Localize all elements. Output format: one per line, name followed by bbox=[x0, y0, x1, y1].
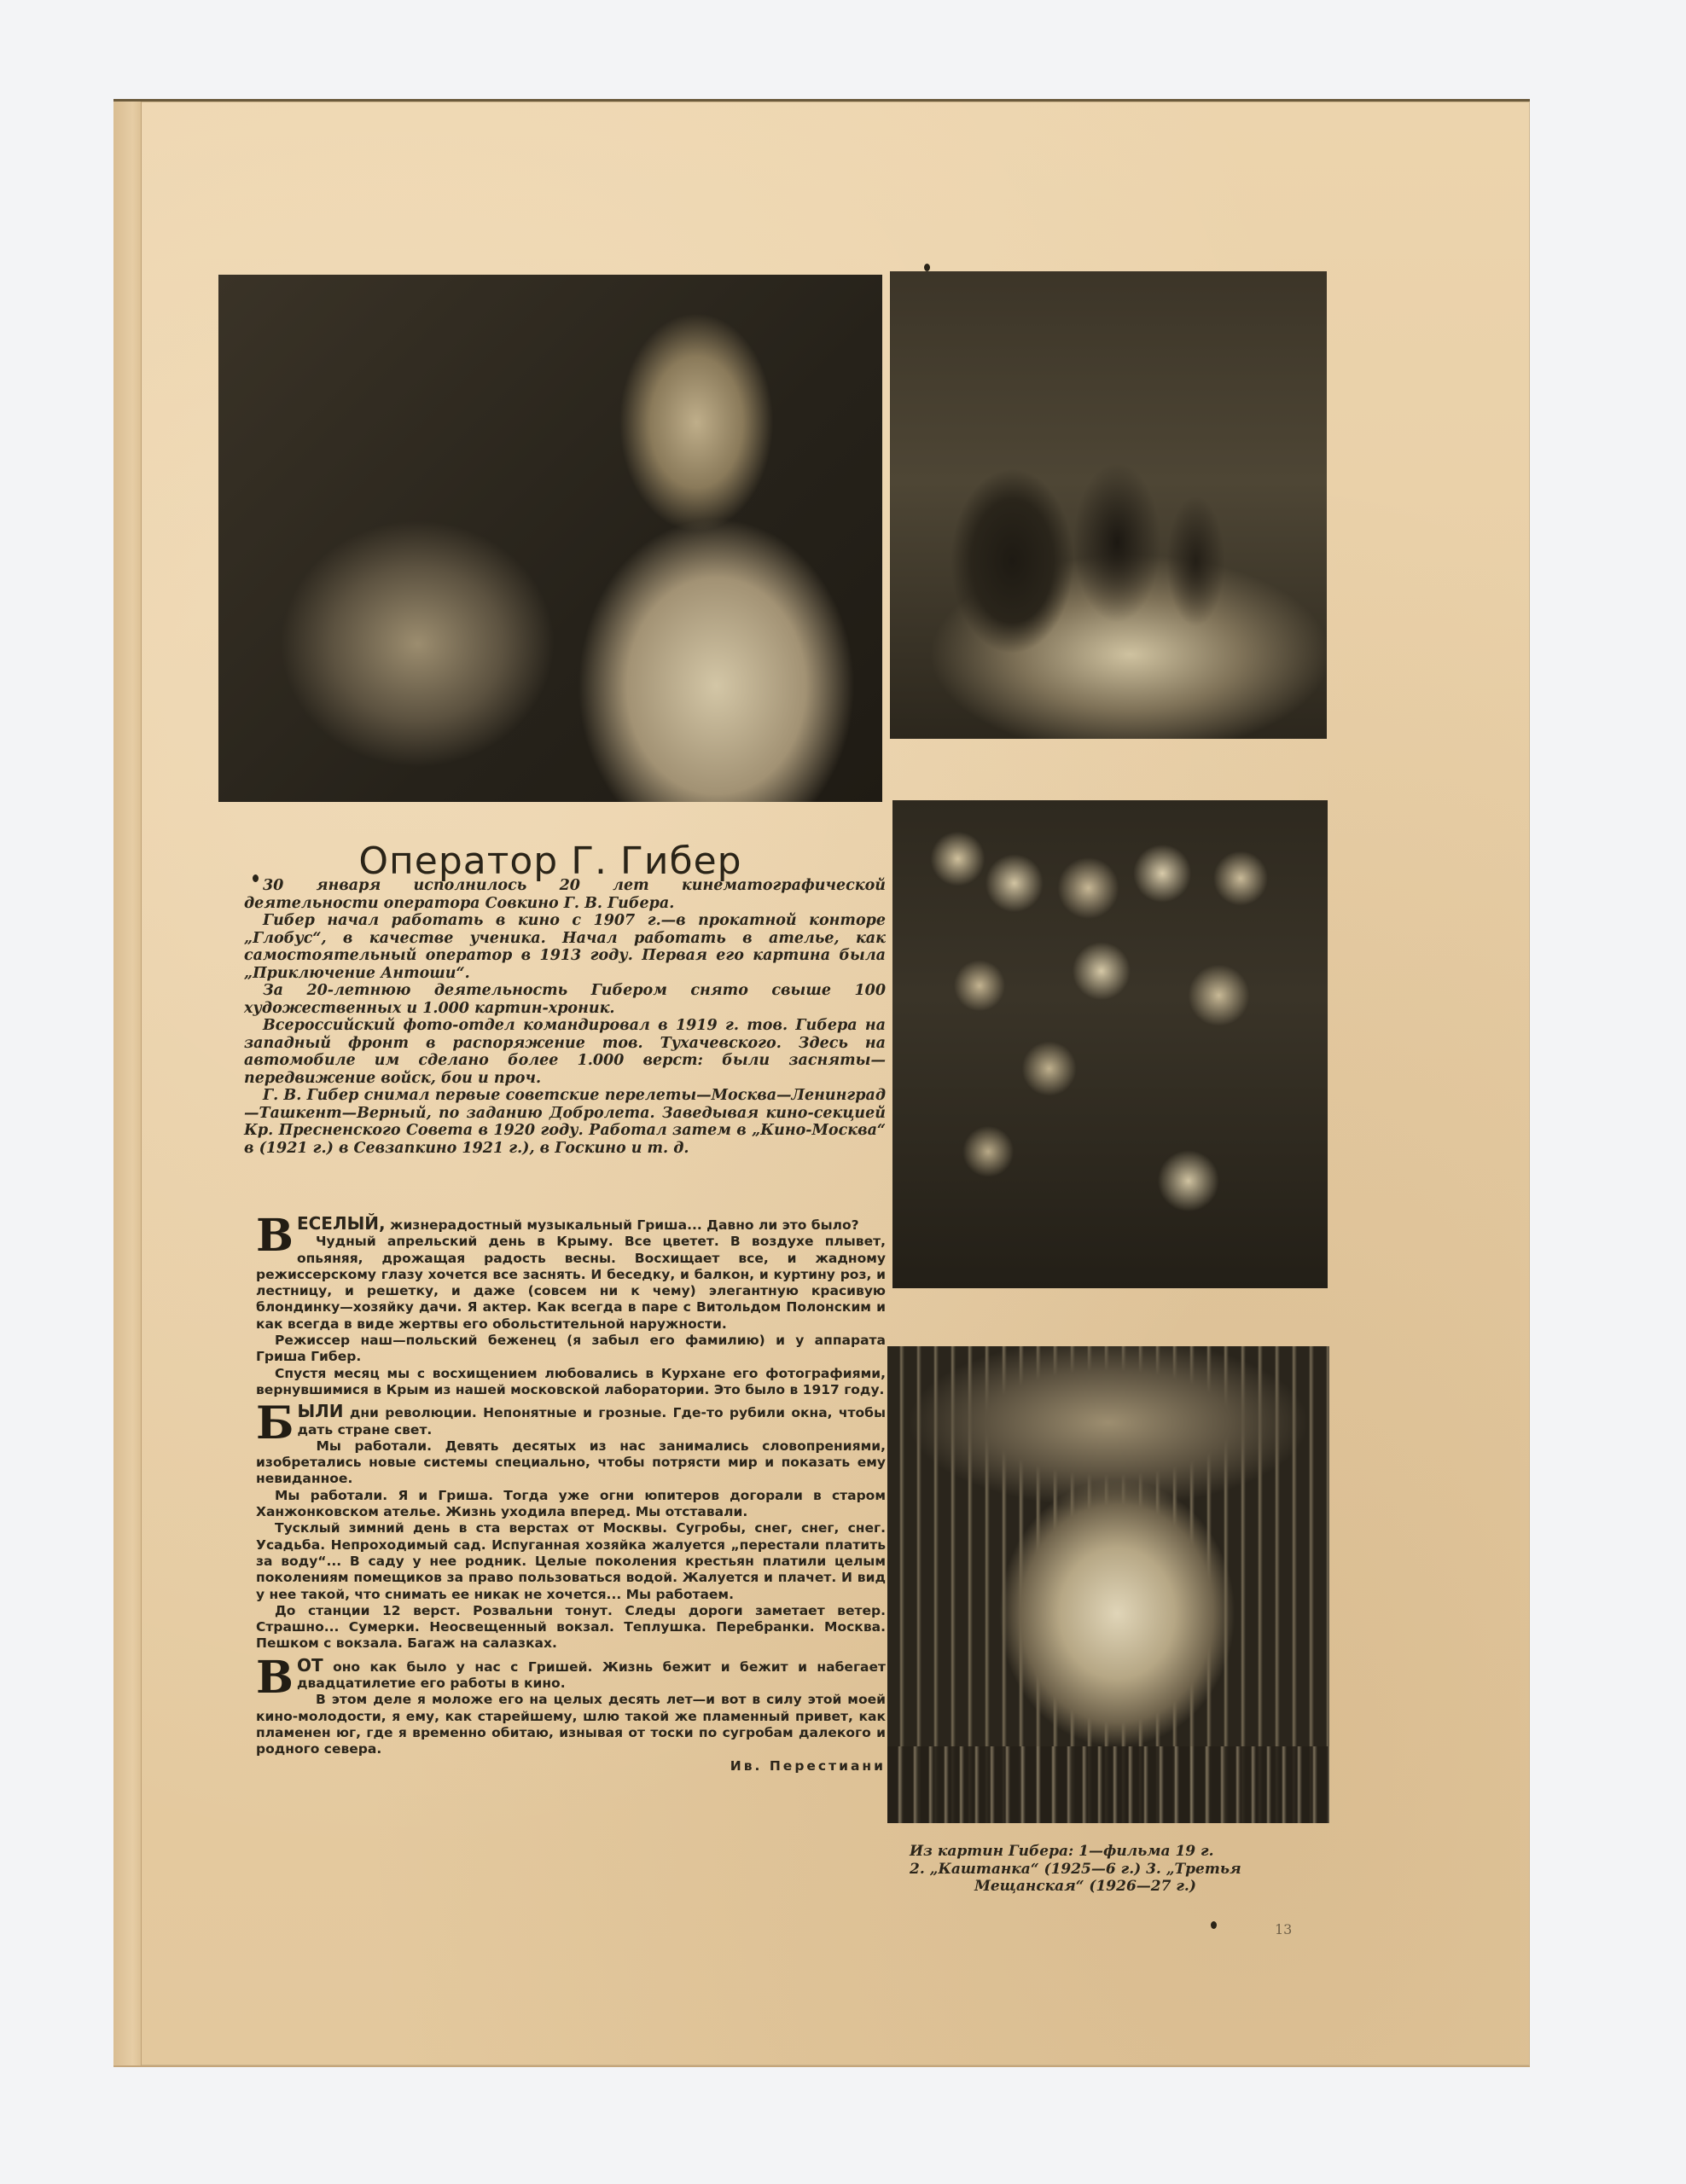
author-signature: Ив. Перестиани bbox=[730, 1758, 886, 1774]
page-spine-fold bbox=[113, 102, 142, 2065]
signature-line: Ив. Перестиани bbox=[256, 1758, 886, 1774]
photo-crowd-scene bbox=[892, 800, 1328, 1288]
body-paragraph: Чудный апрельский день в Крыму. Все цвет… bbox=[256, 1234, 886, 1333]
intro-text: 30 января исполнилось 20 лет кинематогра… bbox=[244, 877, 886, 1157]
photo-tone bbox=[892, 800, 1328, 1288]
intro-paragraph: Г. В. Гибер снимал первые советские пере… bbox=[244, 1087, 886, 1157]
drop-cap: В bbox=[256, 1659, 294, 1697]
intro-paragraph: 30 января исполнилось 20 лет кинематогра… bbox=[244, 877, 886, 912]
caption-line: Мещанская“ (1926—27 г.) bbox=[910, 1878, 1319, 1896]
intro-paragraph: За 20-летнюю деятельность Гибером снято … bbox=[244, 982, 886, 1017]
body-paragraph: До станции 12 верст. Розвальни тонут. Сл… bbox=[256, 1603, 886, 1653]
body-paragraph: Режиссер наш—польский беженец (я забыл е… bbox=[256, 1333, 886, 1366]
print-dot bbox=[1211, 1921, 1217, 1929]
body-paragraph: Тусклый зимний день в ста верстах от Мос… bbox=[256, 1520, 886, 1602]
intro-paragraph: Гибер начал работать в кино с 1907 г.—в … bbox=[244, 912, 886, 982]
lead-capword: ОТ bbox=[297, 1655, 323, 1676]
page-number: 13 bbox=[1275, 1921, 1292, 1937]
drop-cap: Б bbox=[256, 1405, 294, 1443]
caption-line: 2. „Каштанка“ (1925—6 г.) 3. „Третья bbox=[910, 1861, 1319, 1879]
intro-paragraph: Всероссийский фото-отдел командировал в … bbox=[244, 1017, 886, 1087]
caption-line: Из картин Гибера: 1—фильма 19 г. bbox=[910, 1843, 1319, 1861]
body-paragraph: Мы работали. Девять десятых из нас заним… bbox=[256, 1438, 886, 1488]
photo-smiling-man bbox=[887, 1346, 1329, 1823]
body-paragraph: Спустя месяц мы с восхищением любовались… bbox=[256, 1366, 886, 1399]
drop-cap: В bbox=[256, 1217, 294, 1255]
lead-text: дни революции. Непонятные и грозные. Где… bbox=[297, 1405, 886, 1437]
photo-caption: Из картин Гибера: 1—фильма 19 г. 2. „Каш… bbox=[910, 1843, 1319, 1896]
section-lead: ВЕСЕЛЫЙ, жизнерадостный музыкальный Гриш… bbox=[256, 1216, 886, 1234]
photo-tone bbox=[890, 271, 1327, 739]
lead-text: жизнерадостный музыкальный Гриша... Давн… bbox=[386, 1217, 859, 1233]
photo-tone bbox=[218, 275, 882, 802]
article-body: ВЕСЕЛЫЙ, жизнерадостный музыкальный Гриш… bbox=[256, 1216, 886, 1774]
photo-cameraman-portrait bbox=[218, 275, 882, 802]
print-dot bbox=[924, 264, 930, 271]
photo-riders-silhouettes bbox=[890, 271, 1327, 739]
section-lead: БЫЛИ дни революции. Непонятные и грозные… bbox=[256, 1403, 886, 1438]
section-lead: ВОТ оно как было у нас с Гришей. Жизнь б… bbox=[256, 1658, 886, 1693]
lead-text: оно как было у нас с Гришей. Жизнь бежит… bbox=[297, 1659, 886, 1691]
body-paragraph: В этом деле я моложе его на целых десять… bbox=[256, 1692, 886, 1757]
body-paragraph: Мы работали. Я и Гриша. Тогда уже огни ю… bbox=[256, 1488, 886, 1521]
photo-tone-fringe bbox=[887, 1746, 1329, 1823]
lead-capword: ЫЛИ bbox=[297, 1401, 343, 1421]
lead-capword: ЕСЕЛЫЙ, bbox=[297, 1213, 386, 1234]
